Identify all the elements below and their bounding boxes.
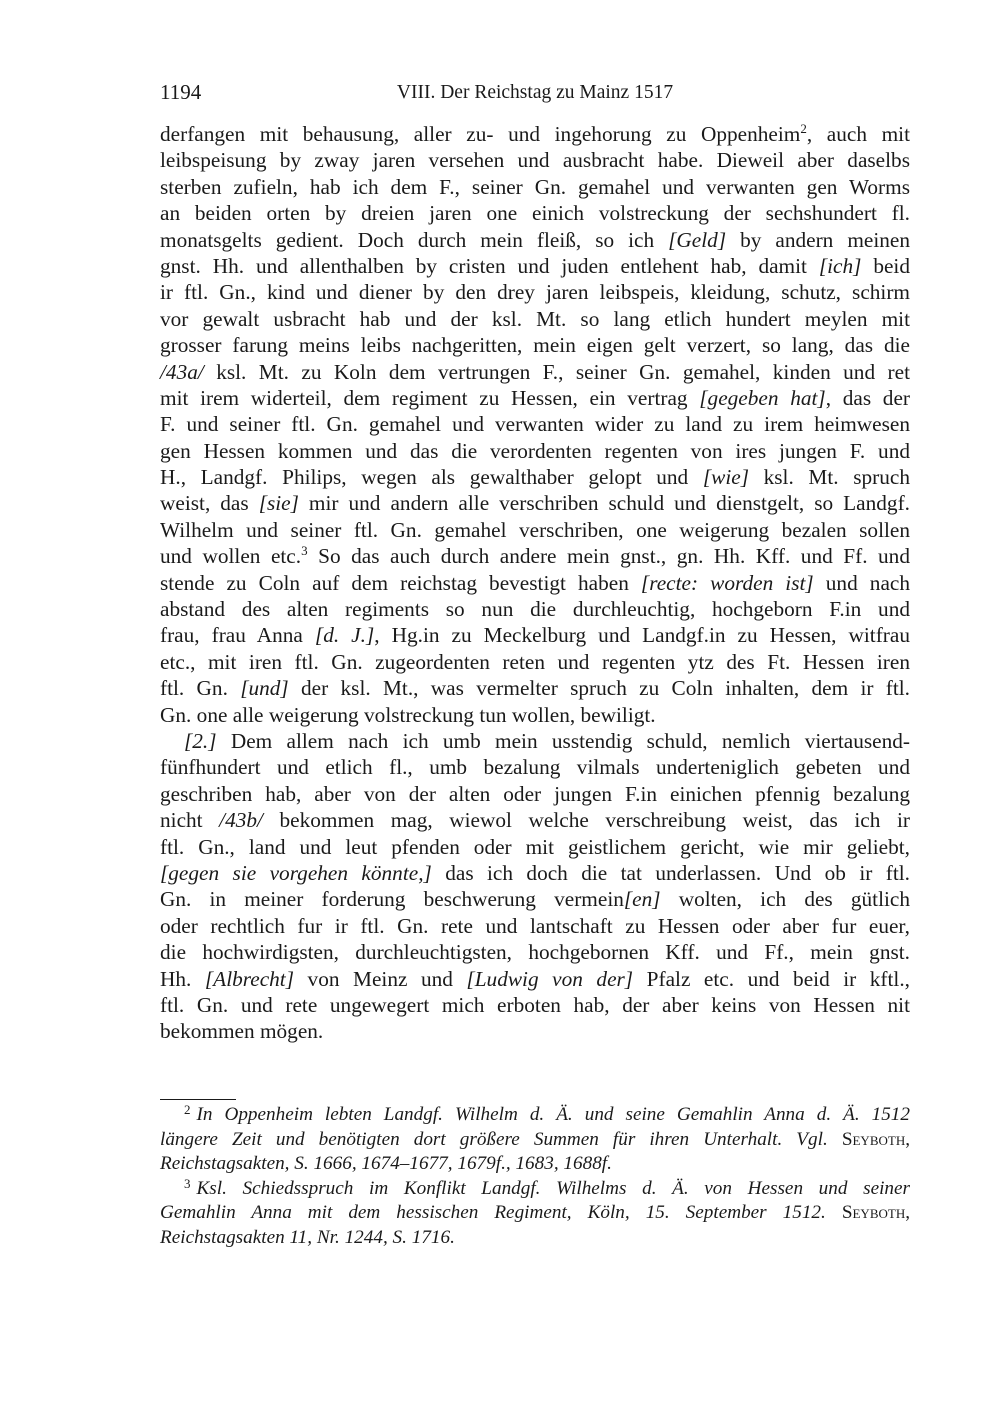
text-line: frau, frau Anna [d. J.], Hg.in zu Meckel… bbox=[160, 622, 910, 648]
page-header: 1194 VIII. Der Reichstag zu Mainz 1517 bbox=[160, 80, 910, 110]
text-line: oder rechtlich fur ir ftl. Gn. rete und … bbox=[160, 913, 910, 939]
editorial-insertion: [Albrecht] bbox=[205, 967, 294, 991]
text-line: geschriben hab, aber von der alten oder … bbox=[160, 781, 910, 807]
text-line: ir ftl. Gn., kind und diener by den drey… bbox=[160, 279, 910, 305]
editorial-insertion: [gegeben hat] bbox=[699, 386, 825, 410]
editorial-insertion: [wie] bbox=[703, 465, 749, 489]
text-line: nicht /43b/ bekommen mag, wiewol welche … bbox=[160, 807, 910, 833]
text-line: [gegen sie vorgehen könnte,] das ich doc… bbox=[160, 860, 910, 886]
text-line: weist, das [sie] mir und andern alle ver… bbox=[160, 490, 910, 516]
editorial-insertion: [sie] bbox=[259, 491, 299, 515]
footnotes: 2In Oppenheim lebten Landgf. Wilhelm d. … bbox=[160, 1103, 910, 1250]
footnote-3: 3Ksl. Schiedsspruch im Konflikt Landgf. … bbox=[160, 1177, 910, 1251]
editorial-insertion: [und] bbox=[240, 676, 289, 700]
text-line: Hh. [Albrecht] von Meinz und [Ludwig von… bbox=[160, 966, 910, 992]
running-title: VIII. Der Reichstag zu Mainz 1517 bbox=[160, 82, 910, 104]
text-line: sterben zufieln, hab ich dem F., seiner … bbox=[160, 174, 910, 200]
paragraph-start: [2.] Dem allem nach ich umb mein usstend… bbox=[160, 728, 910, 754]
footnote-2: 2In Oppenheim lebten Landgf. Wilhelm d. … bbox=[160, 1103, 910, 1177]
text-line: mit irem widerteil, dem regiment zu Hess… bbox=[160, 385, 910, 411]
footnote-divider bbox=[160, 1099, 236, 1100]
editorial-insertion: [Geld] bbox=[668, 228, 726, 252]
text-line: abstand des alten regiments so nun die d… bbox=[160, 596, 910, 622]
footnote-number: 2 bbox=[184, 1102, 191, 1117]
text-line: Gn. in meiner forderung beschwerung verm… bbox=[160, 886, 910, 912]
text-line: gnst. Hh. und allenthalben by cristen un… bbox=[160, 253, 910, 279]
section-number: [2.] bbox=[184, 729, 217, 753]
editorial-insertion: [d. J.] bbox=[315, 623, 374, 647]
text-line: etc., mit iren ftl. Gn. zugeordenten ret… bbox=[160, 649, 910, 675]
text-line: ftl. Gn. [und] der ksl. Mt., was vermelt… bbox=[160, 675, 910, 701]
footnote-number: 3 bbox=[184, 1176, 191, 1191]
text-line: /43a/ ksl. Mt. zu Koln dem vertrungen F.… bbox=[160, 359, 910, 385]
text-line: ftl. Gn., land und leut pfenden oder mit… bbox=[160, 834, 910, 860]
text-line: Wilhelm und seiner ftl. Gn. gemahel vers… bbox=[160, 517, 910, 543]
editorial-insertion: [ich] bbox=[819, 254, 862, 278]
author-name: Seyboth bbox=[842, 1129, 905, 1150]
editorial-insertion: [gegen sie vorgehen könnte,] bbox=[160, 861, 432, 885]
editorial-insertion: [Ludwig von der] bbox=[466, 967, 633, 991]
text-line: Gn. one alle weigerung volstreckung tun … bbox=[160, 702, 910, 728]
text-line: ftl. Gn. und rete ungewegert mich erbote… bbox=[160, 992, 910, 1018]
folio-marker: /43b/ bbox=[219, 808, 263, 832]
text-line: gen Hessen kommen und das die verordente… bbox=[160, 438, 910, 464]
text-line: die hochwirdigsten, durchleuchtigsten, h… bbox=[160, 939, 910, 965]
text-line: vor gewalt usbracht hab und der ksl. Mt.… bbox=[160, 306, 910, 332]
text-line: und wollen etc.3 So das auch durch ander… bbox=[160, 543, 910, 569]
text-line: derfangen mit behausung, aller zu- und i… bbox=[160, 121, 910, 147]
folio-marker: /43a/ bbox=[160, 360, 204, 384]
text-line: grosser farung meins leibs nachgeritten,… bbox=[160, 332, 910, 358]
text-line: F. und seiner ftl. Gn. gemahel und verwa… bbox=[160, 411, 910, 437]
text-line: bekommen mögen. bbox=[160, 1018, 910, 1044]
text-line: monatsgelts gedient. Doch durch mein fle… bbox=[160, 227, 910, 253]
author-name: Seyboth bbox=[842, 1202, 905, 1223]
text-line: an beiden orten by dreien jaren one eini… bbox=[160, 200, 910, 226]
text-line: H., Landgf. Philips, wegen als gewalthab… bbox=[160, 464, 910, 490]
editorial-insertion: [en] bbox=[624, 887, 661, 911]
text-line: fünfhundert und etlich fl., umb bezalung… bbox=[160, 754, 910, 780]
editorial-insertion: [recte: worden ist] bbox=[641, 571, 814, 595]
text-line: stende zu Coln auf dem reichstag bevesti… bbox=[160, 570, 910, 596]
main-text: derfangen mit behausung, aller zu- und i… bbox=[160, 121, 910, 1045]
text-line: leibspeisung by zway jaren versehen und … bbox=[160, 147, 910, 173]
